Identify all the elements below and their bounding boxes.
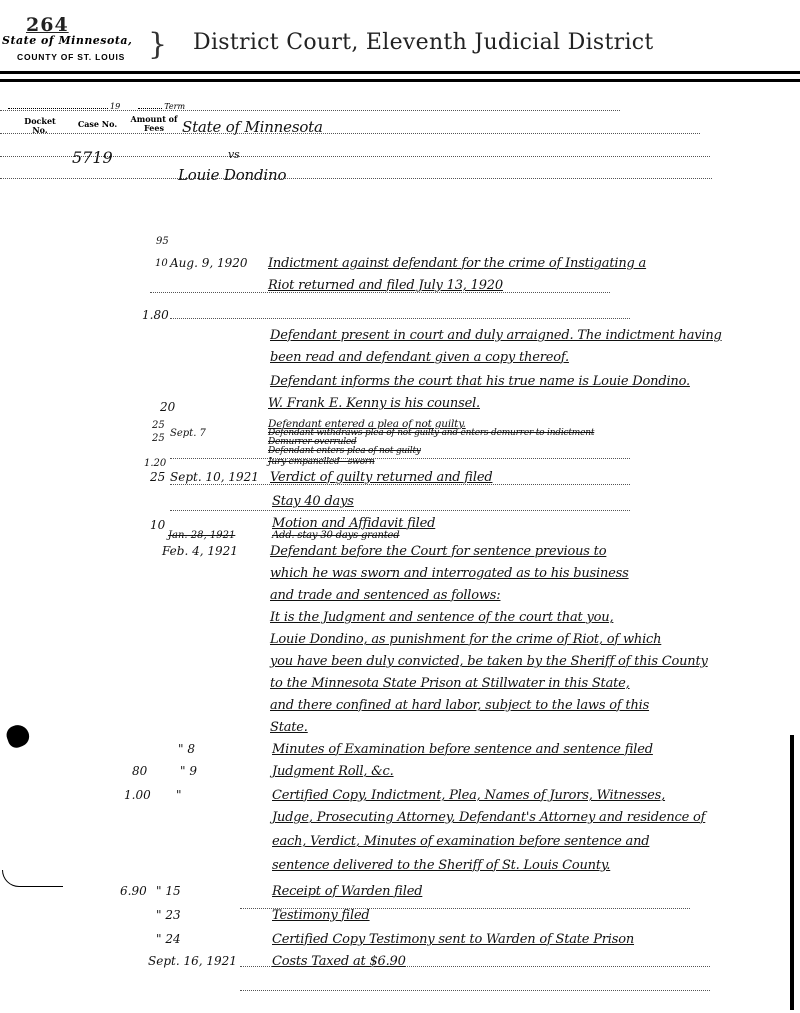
entry-fee: 25 xyxy=(150,470,165,484)
entry-date: Sept. 7 xyxy=(170,428,206,439)
entry-date: " 15 xyxy=(156,884,181,898)
entry-text: been read and defendant given a copy the… xyxy=(270,350,569,365)
ruled-line xyxy=(0,133,700,134)
header-rule-top xyxy=(0,71,800,74)
entry-fee: 1.00 xyxy=(124,788,151,802)
page-number: 264 xyxy=(26,14,69,36)
state-label: State of Minnesota, xyxy=(2,34,132,47)
entry-text: Receipt of Warden filed xyxy=(272,884,422,899)
ruled-line xyxy=(0,110,620,111)
ink-blot xyxy=(4,722,32,750)
entry-fee: 25 xyxy=(152,433,165,444)
column-case-no: Case No. xyxy=(70,120,125,129)
entry-date: Feb. 4, 1921 xyxy=(162,544,238,558)
ruled-line xyxy=(240,990,710,991)
year-blank xyxy=(8,108,108,109)
entry-text: Minutes of Examination before sentence a… xyxy=(272,742,653,757)
entry-date: " 24 xyxy=(156,932,181,946)
entry-text: Louie Dondino, as punishment for the cri… xyxy=(270,632,661,647)
entry-text: each, Verdict, Minutes of examination be… xyxy=(272,834,649,849)
county-label: COUNTY OF ST. LOUIS xyxy=(17,52,125,62)
entry-date: " xyxy=(176,788,182,802)
entry-text-struck: Jury empanelled - sworn xyxy=(268,457,375,467)
ink-stroke xyxy=(2,870,63,887)
entry-fee: 1.80 xyxy=(142,308,169,322)
page-edge-shadow xyxy=(790,735,794,1010)
entry-text: Stay 40 days xyxy=(272,494,354,509)
entry-text: Defendant present in court and duly arra… xyxy=(270,328,722,343)
defendant-name: Louie Dondino xyxy=(178,166,286,184)
entry-fee: 20 xyxy=(160,400,175,414)
entry-date: " 8 xyxy=(178,742,195,756)
entry-text: State. xyxy=(270,720,308,735)
header-rule-bottom xyxy=(0,79,800,82)
court-title: District Court, Eleventh Judicial Distri… xyxy=(193,30,654,55)
entry-text: Motion and Affidavit filed xyxy=(272,516,435,531)
ruled-line xyxy=(170,458,630,459)
entry-fee: 80 xyxy=(132,764,147,778)
docket-page: 264 State of Minnesota, COUNTY OF ST. LO… xyxy=(0,0,800,1013)
entry-text: Riot returned and filed July 13, 1920 xyxy=(268,278,503,293)
entry-date: " 23 xyxy=(156,908,181,922)
entry-text: Judgment Roll, &c. xyxy=(272,764,394,779)
entry-text: and there confined at hard labor, subjec… xyxy=(270,698,649,713)
entry-text: Judge, Prosecuting Attorney, Defendant's… xyxy=(272,810,705,825)
entry-date: Sept. 10, 1921 xyxy=(170,470,259,484)
entry-text: which he was sworn and interrogated as t… xyxy=(270,566,629,581)
entry-text: Testimony filed xyxy=(272,908,370,923)
plaintiff-name: State of Minnesota xyxy=(182,118,323,136)
entry-text: you have been duly convicted, be taken b… xyxy=(270,654,708,669)
term-blank xyxy=(138,108,162,109)
entry-fee: 95 xyxy=(156,236,169,247)
ruled-line xyxy=(170,510,630,511)
entry-text: Defendant informs the court that his tru… xyxy=(270,374,690,389)
case-number: 5719 xyxy=(72,148,113,167)
entry-fee: 25 xyxy=(152,420,165,431)
entry-text-struck: Add. stay 30 days granted xyxy=(272,530,399,541)
entry-fee: 10 xyxy=(150,518,165,532)
entry-text: Defendant before the Court for sentence … xyxy=(270,544,606,559)
entry-text: Indictment against defendant for the cri… xyxy=(268,256,646,271)
entry-fee: 1.20 xyxy=(144,458,166,469)
entry-text: Certified Copy, Indictment, Plea, Names … xyxy=(272,788,665,803)
ruled-line xyxy=(0,178,712,179)
entry-text: W. Frank E. Kenny is his counsel. xyxy=(268,396,480,411)
entry-fee: 6.90 xyxy=(120,884,147,898)
entry-text: Costs Taxed at $6.90 xyxy=(272,954,406,969)
ruled-line xyxy=(170,318,630,319)
entry-date: Sept. 16, 1921 xyxy=(148,954,237,968)
entry-text: and trade and sentenced as follows: xyxy=(270,588,500,603)
entry-text-struck: Defendant enters plea of not guilty xyxy=(268,446,421,456)
entry-fee: 10 xyxy=(155,258,168,269)
entry-text: sentence delivered to the Sheriff of St.… xyxy=(272,858,610,873)
brace-divider: } xyxy=(148,30,167,60)
entry-text: Verdict of guilty returned and filed xyxy=(270,470,492,485)
entry-text: Certified Copy Testimony sent to Warden … xyxy=(272,932,634,947)
entry-date: " 9 xyxy=(180,764,197,778)
column-amount-of-fees: Amount of Fees xyxy=(128,115,180,133)
entry-date: Aug. 9, 1920 xyxy=(170,256,248,270)
versus-label: vs xyxy=(228,148,239,161)
entry-text: It is the Judgment and sentence of the c… xyxy=(270,610,613,625)
entry-date-struck: Jan. 28, 1921 xyxy=(168,530,235,541)
entry-text: to the Minnesota State Prison at Stillwa… xyxy=(270,676,630,691)
